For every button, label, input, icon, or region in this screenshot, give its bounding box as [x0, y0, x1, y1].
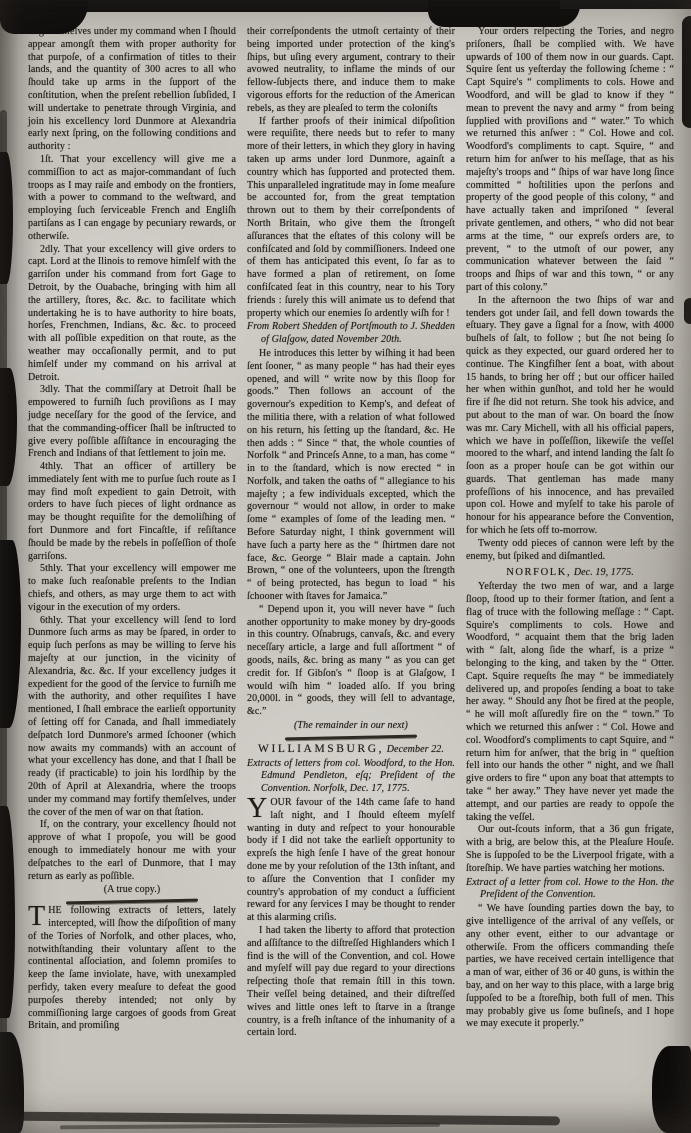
paragraph-introduces-letter: He introduces this letter by wiſhing it … — [247, 348, 455, 604]
scan-artifact-left-blot-1 — [0, 152, 13, 284]
paragraph-yesterday-men-of-war: Yeſterday the two men of war, and a larg… — [466, 581, 674, 824]
paragraph-afternoon-ships: In the afternoon the two ſhips of war an… — [466, 295, 674, 538]
paragraph-item-2dly: 2dly. That your excellency will give ord… — [28, 244, 236, 385]
dateline-date: December 22. — [387, 744, 444, 755]
dateline-norfolk: NORFOLK, Dec. 19, 1775. — [466, 567, 674, 580]
true-copy-note: (A true copy.) — [28, 884, 236, 897]
ink-rule — [66, 899, 198, 905]
paragraph-liberty: I had taken the liberty to afford that p… — [247, 925, 455, 1040]
scan-artifact-right-edge-mark — [682, 16, 691, 128]
dropcap-letter-y: Y — [247, 797, 270, 820]
newspaper-page: ting themſelves under my command when I … — [0, 0, 691, 1133]
paragraph-out-scouts: Our out-ſcouts inform, that a 36 gun fri… — [466, 824, 674, 875]
paragraph-text: HE following extracts of letters, lately… — [28, 905, 236, 1031]
scan-artifact-bottom-smudge-2 — [60, 1123, 440, 1130]
text-columns: ting themſelves under my command when I … — [28, 26, 674, 1040]
paragraph-your-favour: YOUR favour of the 14th came ſafe to han… — [247, 797, 455, 925]
column-middle: their correſpondents the utmoſt certaint… — [247, 26, 455, 1040]
dateline-city: WILLIAMSBURG, — [258, 743, 384, 755]
dropcap-letter-t: T — [28, 905, 48, 928]
paragraph-item-5thly: 5thly. That your excellency will empower… — [28, 563, 236, 614]
scan-artifact-bottom-left-corner — [0, 1032, 24, 1133]
paragraph-contrary: If, on the contrary, your excellency ſho… — [28, 819, 236, 883]
scan-artifact-left-blot-2 — [0, 368, 17, 486]
paragraph-inimical: If farther proofs of their inimical diſp… — [247, 116, 455, 321]
heading-howe-letter: Extract of a letter from col. Howe to th… — [466, 877, 674, 903]
paragraph-cannon: Twenty odd pieces of cannon were left by… — [466, 538, 674, 564]
heading-shedden-letter: From Robert Shedden of Portſmouth to J. … — [247, 321, 455, 347]
column-left: ting themſelves under my command when I … — [28, 26, 236, 1040]
paragraph-sounding-parties: “ We have ſounding parties down the bay,… — [466, 903, 674, 1031]
heading-woodford-extracts: Extracts of letters from col. Woodford, … — [247, 758, 455, 796]
scan-artifact-left-blot-4 — [0, 806, 15, 1018]
column-right: Your orders reſpecting the Tories, and n… — [466, 26, 674, 1040]
scan-artifact-right-edge-dot — [684, 298, 691, 324]
dateline-city: NORFOLK, — [506, 567, 571, 578]
ink-rule — [285, 734, 417, 740]
scan-artifact-top-right-edge — [560, 0, 691, 9]
paragraph-text: OUR favour of the 14th came ſafe to hand… — [247, 797, 455, 923]
paragraph-continuation: ting themſelves under my command when I … — [28, 26, 236, 154]
paragraph-extracts-intro: THE following extracts of letters, latel… — [28, 905, 236, 1033]
remainder-note: (The remainder in our next) — [247, 720, 455, 733]
paragraph-orders-tories: Your orders reſpecting the Tories, and n… — [466, 26, 674, 295]
scan-artifact-bottom-right-blot — [652, 1046, 691, 1133]
paragraph-correspondents: their correſpondents the utmoſt certaint… — [247, 26, 455, 116]
paragraph-item-4thly: 4thly. That an officer of artillery be i… — [28, 461, 236, 563]
scan-artifact-left-blot-3 — [0, 540, 21, 728]
dateline-williamsburg: WILLIAMSBURG, December 22. — [247, 743, 455, 757]
paragraph-item-6thly: 6thly. That your excellency will ſend to… — [28, 615, 236, 820]
paragraph-depend-upon-it: “ Depend upon it, you will never have “ … — [247, 604, 455, 719]
scan-artifact-top-center-blot — [428, 0, 580, 27]
paragraph-item-1st: 1ſt. That your excellency will give me a… — [28, 154, 236, 244]
dateline-date: Dec. 19, 1775. — [574, 567, 634, 578]
paragraph-item-3dly: 3dly. That the commiſſary at Detroit ſha… — [28, 384, 236, 461]
